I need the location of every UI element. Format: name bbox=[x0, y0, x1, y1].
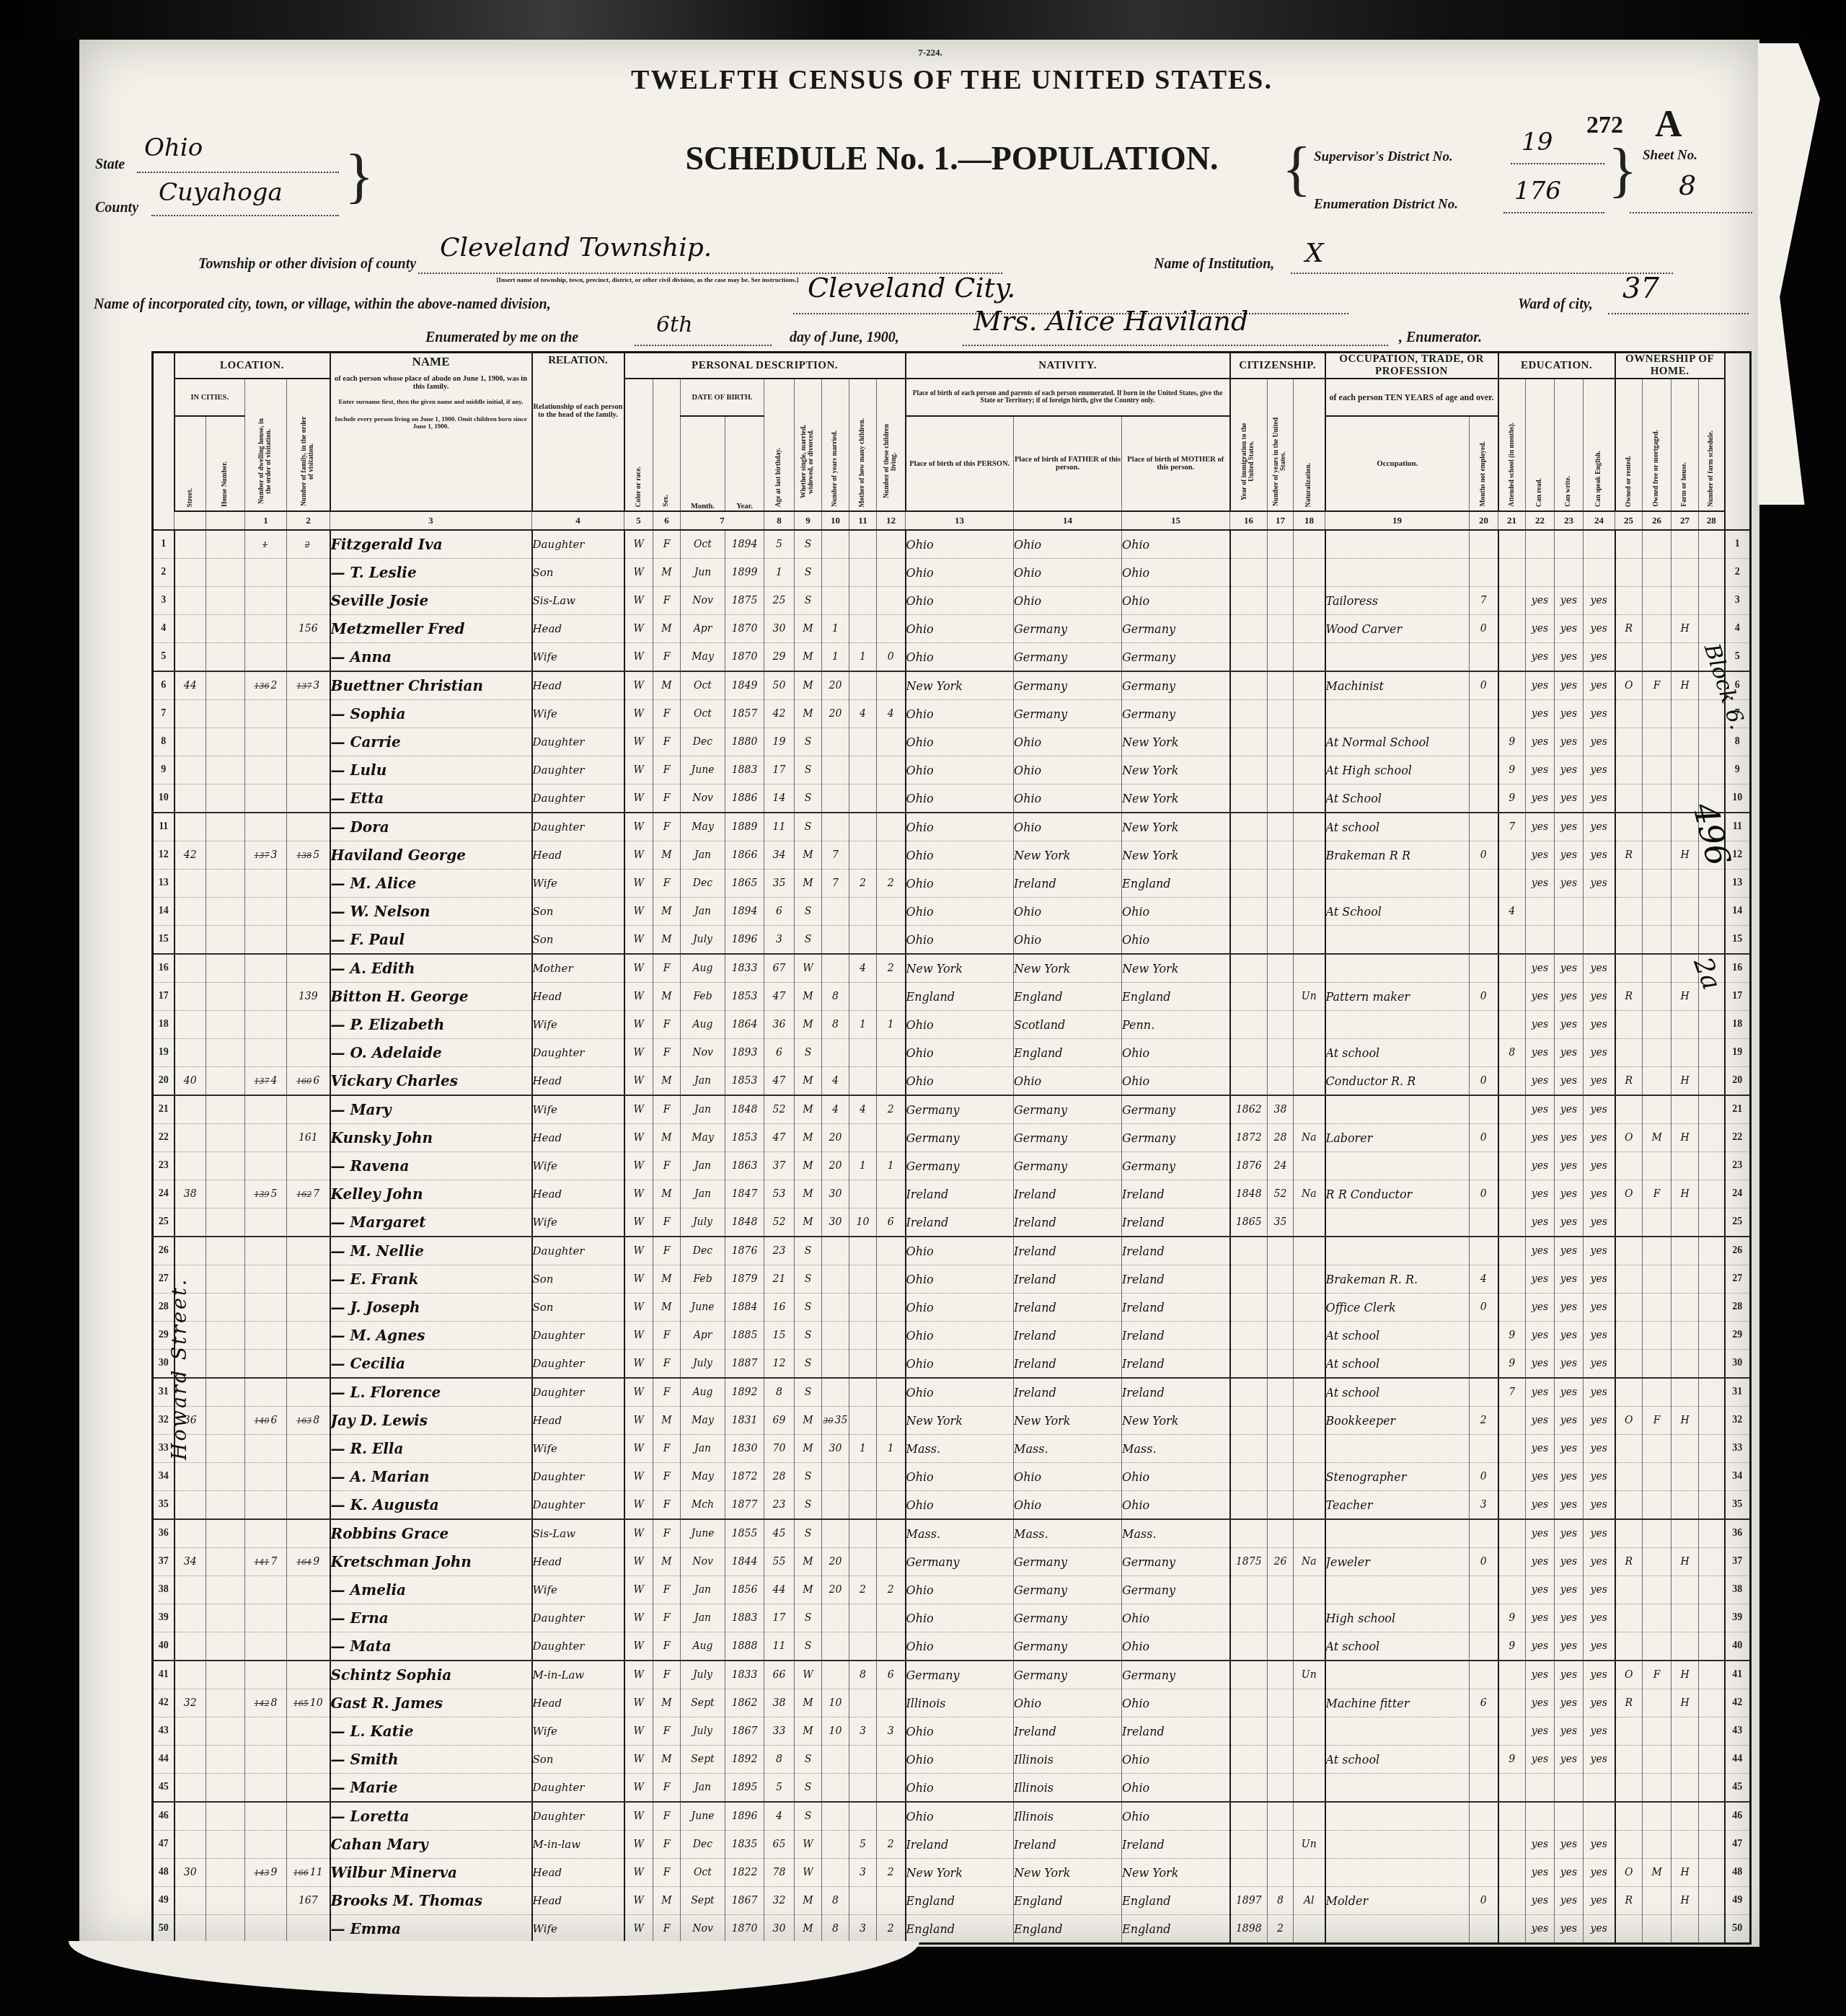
cell-nat: Na bbox=[1294, 1548, 1325, 1576]
cell-rel: Wife bbox=[532, 1152, 624, 1180]
cell-yus bbox=[1268, 841, 1294, 870]
cell-dw bbox=[245, 1124, 287, 1152]
cell-rd: yes bbox=[1526, 728, 1555, 756]
col-pob-person: Place of birth of this PERSON. bbox=[906, 416, 1014, 511]
cell-mb bbox=[849, 1124, 877, 1152]
cell-wr: yes bbox=[1555, 1180, 1584, 1208]
cell-hs bbox=[206, 1435, 245, 1463]
cell-age: 14 bbox=[764, 784, 795, 813]
cell-farm bbox=[1699, 530, 1725, 559]
cell-yus bbox=[1268, 954, 1294, 983]
cell-imm bbox=[1230, 1632, 1268, 1661]
cell-mne bbox=[1470, 1152, 1498, 1180]
cell-yus bbox=[1268, 1294, 1294, 1322]
cell-imm bbox=[1230, 1435, 1268, 1463]
cell-m: S bbox=[795, 898, 822, 926]
cell-m: S bbox=[795, 1519, 822, 1548]
cell-st bbox=[175, 1774, 206, 1803]
cell-fam bbox=[287, 954, 330, 983]
cell-pob: Ohio bbox=[906, 1265, 1014, 1294]
cell-fam bbox=[287, 1915, 330, 1944]
cell-mo: Dec bbox=[681, 870, 725, 898]
cell-occ: Teacher bbox=[1325, 1491, 1470, 1520]
cell-occ bbox=[1325, 700, 1470, 728]
cell-cl bbox=[877, 1632, 906, 1661]
cell-pf: Ohio bbox=[1014, 756, 1122, 784]
cell-st bbox=[175, 615, 206, 643]
cell-fam bbox=[287, 1237, 330, 1265]
cell-rd: yes bbox=[1526, 983, 1555, 1011]
cell-mort bbox=[1643, 1011, 1671, 1039]
cell-cl bbox=[877, 1689, 906, 1717]
row-number-right: 39 bbox=[1725, 1604, 1751, 1632]
cell-rd bbox=[1526, 1774, 1555, 1803]
cell-fh bbox=[1671, 1378, 1699, 1407]
cell-imm: 1897 bbox=[1230, 1887, 1268, 1915]
cell-yr: 1885 bbox=[725, 1322, 764, 1350]
cell-pob: New York bbox=[906, 954, 1014, 983]
cell-mb bbox=[849, 1632, 877, 1661]
table-row: 14— W. NelsonSonWMJan18946SOhioOhioOhioA… bbox=[153, 898, 1751, 926]
cell-fh: H bbox=[1671, 671, 1699, 700]
cell-fam bbox=[287, 1294, 330, 1322]
cell-yus bbox=[1268, 926, 1294, 955]
cell-yus bbox=[1268, 1039, 1294, 1067]
cell-pm: Germany bbox=[1122, 1124, 1230, 1152]
cell-fh bbox=[1671, 1265, 1699, 1294]
cell-mo: May bbox=[681, 813, 725, 841]
row-number: 49 bbox=[153, 1887, 175, 1915]
column-number: 13 bbox=[906, 511, 1014, 530]
cell-fam: 167 bbox=[287, 1887, 330, 1915]
cell-mort bbox=[1643, 728, 1671, 756]
cell-mo: July bbox=[681, 1208, 725, 1237]
cell-cl bbox=[877, 1039, 906, 1067]
cell-age: 65 bbox=[764, 1831, 795, 1859]
cell-dw bbox=[245, 1661, 287, 1689]
column-number: 11 bbox=[849, 511, 877, 530]
cell-cl: 1 bbox=[877, 1011, 906, 1039]
cell-m: S bbox=[795, 1632, 822, 1661]
cell-hs bbox=[206, 1831, 245, 1859]
cell-pob: Ireland bbox=[906, 1180, 1014, 1208]
cell-st bbox=[175, 1519, 206, 1548]
cell-mort bbox=[1643, 587, 1671, 615]
cell-fh: H bbox=[1671, 1067, 1699, 1096]
cell-fam bbox=[287, 643, 330, 672]
cell-wr: yes bbox=[1555, 841, 1584, 870]
cell-dw bbox=[245, 983, 287, 1011]
cell-yus bbox=[1268, 1519, 1294, 1548]
ward-label: Ward of city, bbox=[1518, 296, 1593, 313]
row-number-right: 46 bbox=[1725, 1802, 1751, 1831]
cell-fh: H bbox=[1671, 1407, 1699, 1435]
cell-st bbox=[175, 1887, 206, 1915]
table-row: 17139Bitton H. GeorgeHeadWMFeb185347M8En… bbox=[153, 983, 1751, 1011]
cell-own bbox=[1615, 1519, 1643, 1548]
cell-sch bbox=[1498, 1095, 1526, 1124]
cell-pf: Mass. bbox=[1014, 1435, 1122, 1463]
cell-mb: 1 bbox=[849, 1011, 877, 1039]
cell-occ bbox=[1325, 1208, 1470, 1237]
cell-name: Buettner Christian bbox=[330, 671, 532, 700]
cell-fh bbox=[1671, 1774, 1699, 1803]
cell-pm: New York bbox=[1122, 813, 1230, 841]
cell-cl bbox=[877, 784, 906, 813]
cell-ym bbox=[822, 1294, 849, 1322]
cell-farm bbox=[1699, 926, 1725, 955]
cell-fh bbox=[1671, 756, 1699, 784]
cell-ym bbox=[822, 1378, 849, 1407]
cell-farm bbox=[1699, 1915, 1725, 1944]
cell-en: yes bbox=[1584, 1887, 1615, 1915]
cell-age: 42 bbox=[764, 700, 795, 728]
cell-own bbox=[1615, 1265, 1643, 1294]
cell-rd bbox=[1526, 898, 1555, 926]
cell-imm bbox=[1230, 559, 1268, 587]
cell-wr: yes bbox=[1555, 870, 1584, 898]
cell-age: 50 bbox=[764, 671, 795, 700]
cell-pf: New York bbox=[1014, 841, 1122, 870]
cell-mb bbox=[849, 671, 877, 700]
cell-pm: Ohio bbox=[1122, 1746, 1230, 1774]
cell-rel: Daughter bbox=[532, 1604, 624, 1632]
cell-en: yes bbox=[1584, 870, 1615, 898]
cell-m: S bbox=[795, 530, 822, 559]
column-number: 22 bbox=[1526, 511, 1555, 530]
cell-wr: yes bbox=[1555, 1067, 1584, 1096]
cell-yr: 1896 bbox=[725, 926, 764, 955]
row-number-right: 44 bbox=[1725, 1746, 1751, 1774]
cell-mort bbox=[1643, 1632, 1671, 1661]
cell-sch bbox=[1498, 587, 1526, 615]
cell-age: 47 bbox=[764, 1067, 795, 1096]
cell-m: S bbox=[795, 1774, 822, 1803]
cell-mne: 0 bbox=[1470, 1463, 1498, 1491]
cell-sch: 7 bbox=[1498, 1378, 1526, 1407]
cell-en: yes bbox=[1584, 1746, 1615, 1774]
cell-fh: H bbox=[1671, 1548, 1699, 1576]
cell-hs bbox=[206, 1519, 245, 1548]
cell-rel: Son bbox=[532, 1265, 624, 1294]
cell-imm bbox=[1230, 983, 1268, 1011]
cell-en: yes bbox=[1584, 1632, 1615, 1661]
cell-s: F bbox=[653, 1802, 681, 1831]
cell-yus bbox=[1268, 1237, 1294, 1265]
cell-rel: Head bbox=[532, 615, 624, 643]
cell-cl: 1 bbox=[877, 1435, 906, 1463]
cell-rd: yes bbox=[1526, 1548, 1555, 1576]
row-number-right: 22 bbox=[1725, 1124, 1751, 1152]
cell-sch: 9 bbox=[1498, 1350, 1526, 1379]
cell-own bbox=[1615, 587, 1643, 615]
cell-ym bbox=[822, 926, 849, 955]
cell-rd: yes bbox=[1526, 1124, 1555, 1152]
cell-mb bbox=[849, 1039, 877, 1067]
cell-dw bbox=[245, 1491, 287, 1520]
cell-wr: yes bbox=[1555, 1124, 1584, 1152]
cell-mort bbox=[1643, 1322, 1671, 1350]
cell-mo: June bbox=[681, 1294, 725, 1322]
cell-own bbox=[1615, 728, 1643, 756]
cell-pm: Germany bbox=[1122, 615, 1230, 643]
cell-c: W bbox=[624, 1632, 653, 1661]
row-number: 13 bbox=[153, 870, 175, 898]
cell-fh: H bbox=[1671, 1124, 1699, 1152]
cell-name: Gast R. James bbox=[330, 1689, 532, 1717]
cell-imm bbox=[1230, 870, 1268, 898]
cell-fh bbox=[1671, 530, 1699, 559]
township-note: [Insert name of township, town, precinct… bbox=[424, 276, 871, 283]
cell-cl bbox=[877, 1350, 906, 1379]
cell-pm: Ireland bbox=[1122, 1831, 1230, 1859]
cell-st: 30 bbox=[175, 1859, 206, 1887]
cell-age: 15 bbox=[764, 1322, 795, 1350]
cell-yr: 1884 bbox=[725, 1294, 764, 1322]
cell-pf: England bbox=[1014, 983, 1122, 1011]
cell-cl bbox=[877, 1604, 906, 1632]
row-number: 44 bbox=[153, 1746, 175, 1774]
column-number: 21 bbox=[1498, 511, 1526, 530]
cell-m: M bbox=[795, 870, 822, 898]
cell-mb bbox=[849, 1180, 877, 1208]
cell-c: W bbox=[624, 643, 653, 672]
cell-mort: F bbox=[1643, 671, 1671, 700]
cell-pf: Scotland bbox=[1014, 1011, 1122, 1039]
cell-hs bbox=[206, 813, 245, 841]
cell-name: — Sophia bbox=[330, 700, 532, 728]
cell-en: yes bbox=[1584, 756, 1615, 784]
cell-c: W bbox=[624, 615, 653, 643]
cell-cl: 1 bbox=[877, 1152, 906, 1180]
cell-rel: Mother bbox=[532, 954, 624, 983]
cell-yr: 1875 bbox=[725, 587, 764, 615]
cell-mne bbox=[1470, 700, 1498, 728]
cell-hs bbox=[206, 1011, 245, 1039]
row-number-right: 37 bbox=[1725, 1548, 1751, 1576]
cell-mo: Jan bbox=[681, 1576, 725, 1604]
cell-nat bbox=[1294, 1208, 1325, 1237]
row-number-right: 2 bbox=[1725, 559, 1751, 587]
cell-ym bbox=[822, 1746, 849, 1774]
cell-occ bbox=[1325, 1661, 1470, 1689]
cell-ym: 20 bbox=[822, 1124, 849, 1152]
cell-st bbox=[175, 870, 206, 898]
group-personal: PERSONAL DESCRIPTION. bbox=[624, 353, 906, 379]
cell-pob: Ohio bbox=[906, 1463, 1014, 1491]
cell-yr: 1886 bbox=[725, 784, 764, 813]
cell-m: S bbox=[795, 1294, 822, 1322]
cell-dw: 1374 bbox=[245, 1067, 287, 1096]
cell-pf: England bbox=[1014, 1915, 1122, 1944]
cell-ym: 7 bbox=[822, 841, 849, 870]
cell-mort bbox=[1643, 700, 1671, 728]
table-row: 13— M. AliceWifeWFDec186535M722OhioIrela… bbox=[153, 870, 1751, 898]
cell-yr: 1889 bbox=[725, 813, 764, 841]
township-value: Cleveland Township. bbox=[440, 233, 712, 262]
cell-pob: Germany bbox=[906, 1661, 1014, 1689]
cell-nat bbox=[1294, 1915, 1325, 1944]
cell-rel: Daughter bbox=[532, 756, 624, 784]
cell-m: M bbox=[795, 1887, 822, 1915]
column-number bbox=[175, 511, 206, 530]
cell-wr: yes bbox=[1555, 1831, 1584, 1859]
cell-pf: Ohio bbox=[1014, 728, 1122, 756]
cell-s: M bbox=[653, 1294, 681, 1322]
cell-farm bbox=[1699, 1350, 1725, 1379]
cell-yus bbox=[1268, 1265, 1294, 1294]
cell-pf: Ohio bbox=[1014, 1689, 1122, 1717]
cell-en: yes bbox=[1584, 1208, 1615, 1237]
cell-sch bbox=[1498, 1491, 1526, 1520]
cell-fam bbox=[287, 1435, 330, 1463]
row-number: 8 bbox=[153, 728, 175, 756]
cell-imm bbox=[1230, 1378, 1268, 1407]
row-number-right: 20 bbox=[1725, 1067, 1751, 1096]
cell-ym bbox=[822, 1237, 849, 1265]
cell-hs bbox=[206, 1208, 245, 1237]
page-title: TWELFTH CENSUS OF THE UNITED STATES. bbox=[339, 64, 1565, 96]
cell-yus: 35 bbox=[1268, 1208, 1294, 1237]
cell-fam bbox=[287, 1208, 330, 1237]
cell-c: W bbox=[624, 1095, 653, 1124]
cell-own bbox=[1615, 1831, 1643, 1859]
cell-rel: Daughter bbox=[532, 1774, 624, 1803]
cell-fh: H bbox=[1671, 1859, 1699, 1887]
cell-name: — O. Adelaide bbox=[330, 1039, 532, 1067]
row-number: 4 bbox=[153, 615, 175, 643]
column-number: 7 bbox=[681, 511, 764, 530]
cell-pm: Ohio bbox=[1122, 1774, 1230, 1803]
cell-mo: June bbox=[681, 1519, 725, 1548]
cell-mne bbox=[1470, 530, 1498, 559]
cell-st bbox=[175, 530, 206, 559]
column-number: 6 bbox=[653, 511, 681, 530]
cell-pf: Ireland bbox=[1014, 1180, 1122, 1208]
cell-own bbox=[1615, 643, 1643, 672]
cell-imm bbox=[1230, 587, 1268, 615]
cell-ym bbox=[822, 587, 849, 615]
cell-yr: 1833 bbox=[725, 954, 764, 983]
cell-cl: 2 bbox=[877, 1859, 906, 1887]
cell-pob: Ohio bbox=[906, 559, 1014, 587]
cell-mb: 3 bbox=[849, 1717, 877, 1746]
col-sex: Sex. bbox=[653, 379, 681, 511]
cell-s: F bbox=[653, 1576, 681, 1604]
table-row: 16— A. EdithMotherWFAug183367W42New York… bbox=[153, 954, 1751, 983]
row-number-right: 21 bbox=[1725, 1095, 1751, 1124]
cell-sch bbox=[1498, 954, 1526, 983]
cell-farm bbox=[1699, 1407, 1725, 1435]
cell-occ bbox=[1325, 1859, 1470, 1887]
cell-rd: yes bbox=[1526, 671, 1555, 700]
cell-pm: Ireland bbox=[1122, 1717, 1230, 1746]
cell-dw bbox=[245, 1435, 287, 1463]
cell-yus bbox=[1268, 1802, 1294, 1831]
cell-dw bbox=[245, 1152, 287, 1180]
cell-sch bbox=[1498, 1265, 1526, 1294]
cell-ym: 3035 bbox=[822, 1407, 849, 1435]
cell-s: M bbox=[653, 615, 681, 643]
cell-mort bbox=[1643, 1519, 1671, 1548]
cell-pob: Ohio bbox=[906, 1067, 1014, 1096]
cell-rel: Son bbox=[532, 1746, 624, 1774]
cell-occ: Tailoress bbox=[1325, 587, 1470, 615]
institution-label: Name of Institution, bbox=[1154, 256, 1274, 273]
cell-en: yes bbox=[1584, 1265, 1615, 1294]
cell-ym: 20 bbox=[822, 1548, 849, 1576]
cell-ym bbox=[822, 1859, 849, 1887]
cell-nat bbox=[1294, 643, 1325, 672]
cell-c: W bbox=[624, 926, 653, 955]
cell-mne: 0 bbox=[1470, 1887, 1498, 1915]
cell-nat bbox=[1294, 700, 1325, 728]
cell-fam bbox=[287, 1378, 330, 1407]
cell-s: M bbox=[653, 841, 681, 870]
table-row: 40— MataDaughterWFAug188811SOhioGermanyO… bbox=[153, 1632, 1751, 1661]
cell-own bbox=[1615, 1604, 1643, 1632]
cell-occ bbox=[1325, 1576, 1470, 1604]
col-years-in-us: Number of years in the United States. bbox=[1268, 379, 1294, 511]
cell-pob: Ohio bbox=[906, 1774, 1014, 1803]
cell-own: O bbox=[1615, 1124, 1643, 1152]
cell-dw bbox=[245, 1208, 287, 1237]
cell-wr bbox=[1555, 559, 1584, 587]
cell-own: R bbox=[1615, 1067, 1643, 1096]
cell-farm bbox=[1699, 559, 1725, 587]
cell-sch bbox=[1498, 1859, 1526, 1887]
row-number-right: 41 bbox=[1725, 1661, 1751, 1689]
township-label: Township or other division of county bbox=[198, 256, 416, 273]
cell-mne: 3 bbox=[1470, 1491, 1498, 1520]
table-row: 46— LorettaDaughterWFJune18964SOhioIllin… bbox=[153, 1802, 1751, 1831]
cell-mo: Jan bbox=[681, 1774, 725, 1803]
cell-c: W bbox=[624, 1887, 653, 1915]
column-number: 25 bbox=[1615, 511, 1643, 530]
cell-imm bbox=[1230, 954, 1268, 983]
cell-yus bbox=[1268, 1689, 1294, 1717]
cell-m: M bbox=[795, 1124, 822, 1152]
cell-pm: England bbox=[1122, 870, 1230, 898]
cell-cl bbox=[877, 1265, 906, 1294]
cell-pm: Penn. bbox=[1122, 1011, 1230, 1039]
cell-occ bbox=[1325, 1774, 1470, 1803]
cell-mort: F bbox=[1643, 1407, 1671, 1435]
relation-title: RELATION. bbox=[533, 355, 624, 367]
cell-s: M bbox=[653, 1689, 681, 1717]
cell-yus bbox=[1268, 1378, 1294, 1407]
cell-dw bbox=[245, 643, 287, 672]
cell-rel: Son bbox=[532, 926, 624, 955]
cell-mne bbox=[1470, 1576, 1498, 1604]
cell-cl bbox=[877, 898, 906, 926]
cell-occ: Office Clerk bbox=[1325, 1294, 1470, 1322]
cell-rd: yes bbox=[1526, 1746, 1555, 1774]
cell-nat bbox=[1294, 1519, 1325, 1548]
occupation-desc: of each person TEN YEARS of age and over… bbox=[1325, 379, 1498, 416]
col-pob-mother: Place of birth of MOTHER of this person. bbox=[1122, 416, 1230, 511]
cell-mort bbox=[1643, 1067, 1671, 1096]
cell-pob: Germany bbox=[906, 1124, 1014, 1152]
cell-imm bbox=[1230, 1407, 1268, 1435]
cell-rd bbox=[1526, 1802, 1555, 1831]
cell-cl bbox=[877, 1407, 906, 1435]
cell-dw bbox=[245, 1378, 287, 1407]
cell-nat bbox=[1294, 587, 1325, 615]
cell-mne bbox=[1470, 1350, 1498, 1379]
row-number-right: 23 bbox=[1725, 1152, 1751, 1180]
cell-farm bbox=[1699, 1661, 1725, 1689]
